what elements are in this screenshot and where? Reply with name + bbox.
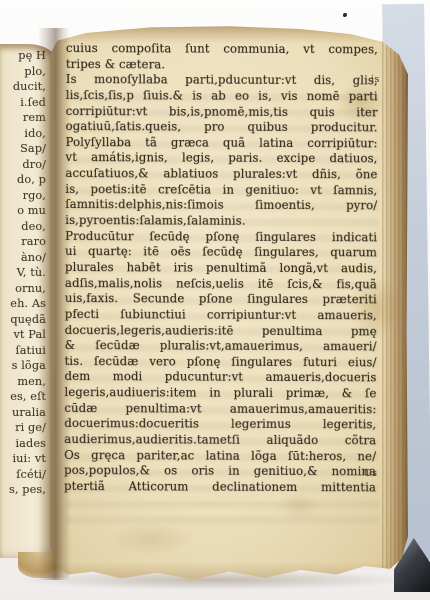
text-line: & ſecūdæ pluralis:vt,amauerimus, amaueri…: [65, 338, 377, 355]
text-line: ui quartę: itē oēs ſecūdę ſingulares, qu…: [65, 244, 377, 261]
text-line: Polyſyllaba tã græca quã latina corripiū…: [66, 135, 378, 152]
text-line: is, poetis:itē creſcētia in genitiuo: vt…: [65, 182, 377, 199]
text-line: adſis,malis,nolis neſcis,uelis itē ſcis,…: [65, 276, 377, 293]
text-line: ogatiuū,ſatis.queis, pro quibus producit…: [66, 119, 378, 136]
text-line: cuius compoſita ſunt communia, vt compes…: [66, 41, 378, 58]
margin-note: Os: [364, 468, 377, 479]
text-line: tis. ſecūdæ vero pſonę ſingulares futuri…: [65, 354, 377, 371]
dust-speck: [343, 13, 347, 17]
text-line: legeris,audiueris:item in plurali primæ,…: [64, 385, 376, 402]
text-line: cūdæ penultima:vt amauerimus,amaueritis:: [64, 401, 376, 418]
margin-note: is: [371, 74, 380, 85]
text-line: docuerimus:docueritis legerimus legeriti…: [64, 416, 376, 433]
book-photograph: pę H plo, ducit, i.ſed rem ido, Sap/ dro…: [0, 0, 430, 600]
text-line: vt amátis,ignis, legis, paris. excipe da…: [65, 150, 377, 167]
text-line: lis,ſcis,ſis,p ſiuis.& is ab eo is, vis …: [66, 88, 378, 105]
paper-stain: [108, 522, 194, 556]
text-line: ptertiã Atticorum declinationem mittenti…: [64, 479, 376, 496]
book-page: cuius compoſita ſunt communia, vt compes…: [50, 24, 408, 584]
text-line: Os gręca pariter,ac latina lõga ſūt:hero…: [64, 448, 376, 465]
text-line: plurales habēt iris penultimã longã,vt a…: [65, 260, 377, 277]
text-line: Producūtur ſecūdę pſonę ſingulares indic…: [65, 229, 377, 246]
text-line: uis,faxis. Secunde pſone ſingulares præt…: [65, 291, 377, 308]
text-line: pos,populos,& os oris in genitiuo,& nomi…: [64, 463, 376, 480]
text-line: is,pyroentis:ſalamis,ſalaminis.: [65, 213, 377, 230]
text-line: corripiūtur:vt bis,is,pnomē,mis,tis quis…: [66, 104, 378, 121]
page-text: cuius compoſita ſunt communia, vt compes…: [64, 41, 378, 496]
gutter-shadow: [38, 28, 70, 580]
text-line: Is monoſyllaba parti,pducuntur:vt dis, g…: [66, 72, 378, 89]
text-line: tripes & cætera.: [66, 57, 378, 74]
text-line: audierimus,audieritis.tametſi aliquãdo c…: [64, 432, 376, 449]
text-line: docueris,legeris,audieris:itē penultima …: [65, 323, 377, 340]
text-line: dem modi pducuntur:vt amaueris,docueris: [64, 369, 376, 386]
text-line: accuſatiuos,& ablatiuos plurales:vt dñis…: [65, 166, 377, 183]
text-line: ſamnitis:delphis,nis:ſimois ſimoentis, p…: [65, 197, 377, 214]
text-line: pfecti ſubiunctiui corripiuntur:vt amaue…: [65, 307, 377, 324]
